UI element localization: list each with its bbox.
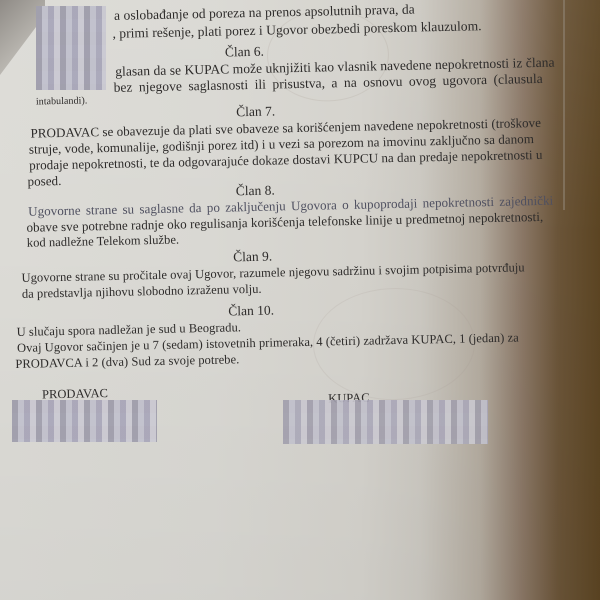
article-7-line-4: posed.	[27, 173, 61, 190]
article-8-heading: Član 8.	[236, 183, 275, 200]
article-6-line-3: intabulandi).	[36, 95, 88, 107]
article-8-line-3: kod nadležne Telekom službe.	[27, 233, 180, 251]
redacted-buyer-signature	[283, 400, 488, 444]
article-10-heading: Član 10.	[228, 303, 274, 320]
contract-page: a oslobađanje od poreza na prenos apsolu…	[0, 0, 600, 600]
article-6-heading: Član 6.	[225, 44, 264, 61]
article-9-heading: Član 9.	[233, 249, 272, 266]
article-7-heading: Član 7.	[236, 104, 275, 121]
redacted-seller-signature	[12, 400, 157, 442]
article-9-line-1: Ugovorne strane su pročitale ovaj Ugovor…	[21, 260, 524, 286]
redacted-block	[36, 6, 106, 90]
